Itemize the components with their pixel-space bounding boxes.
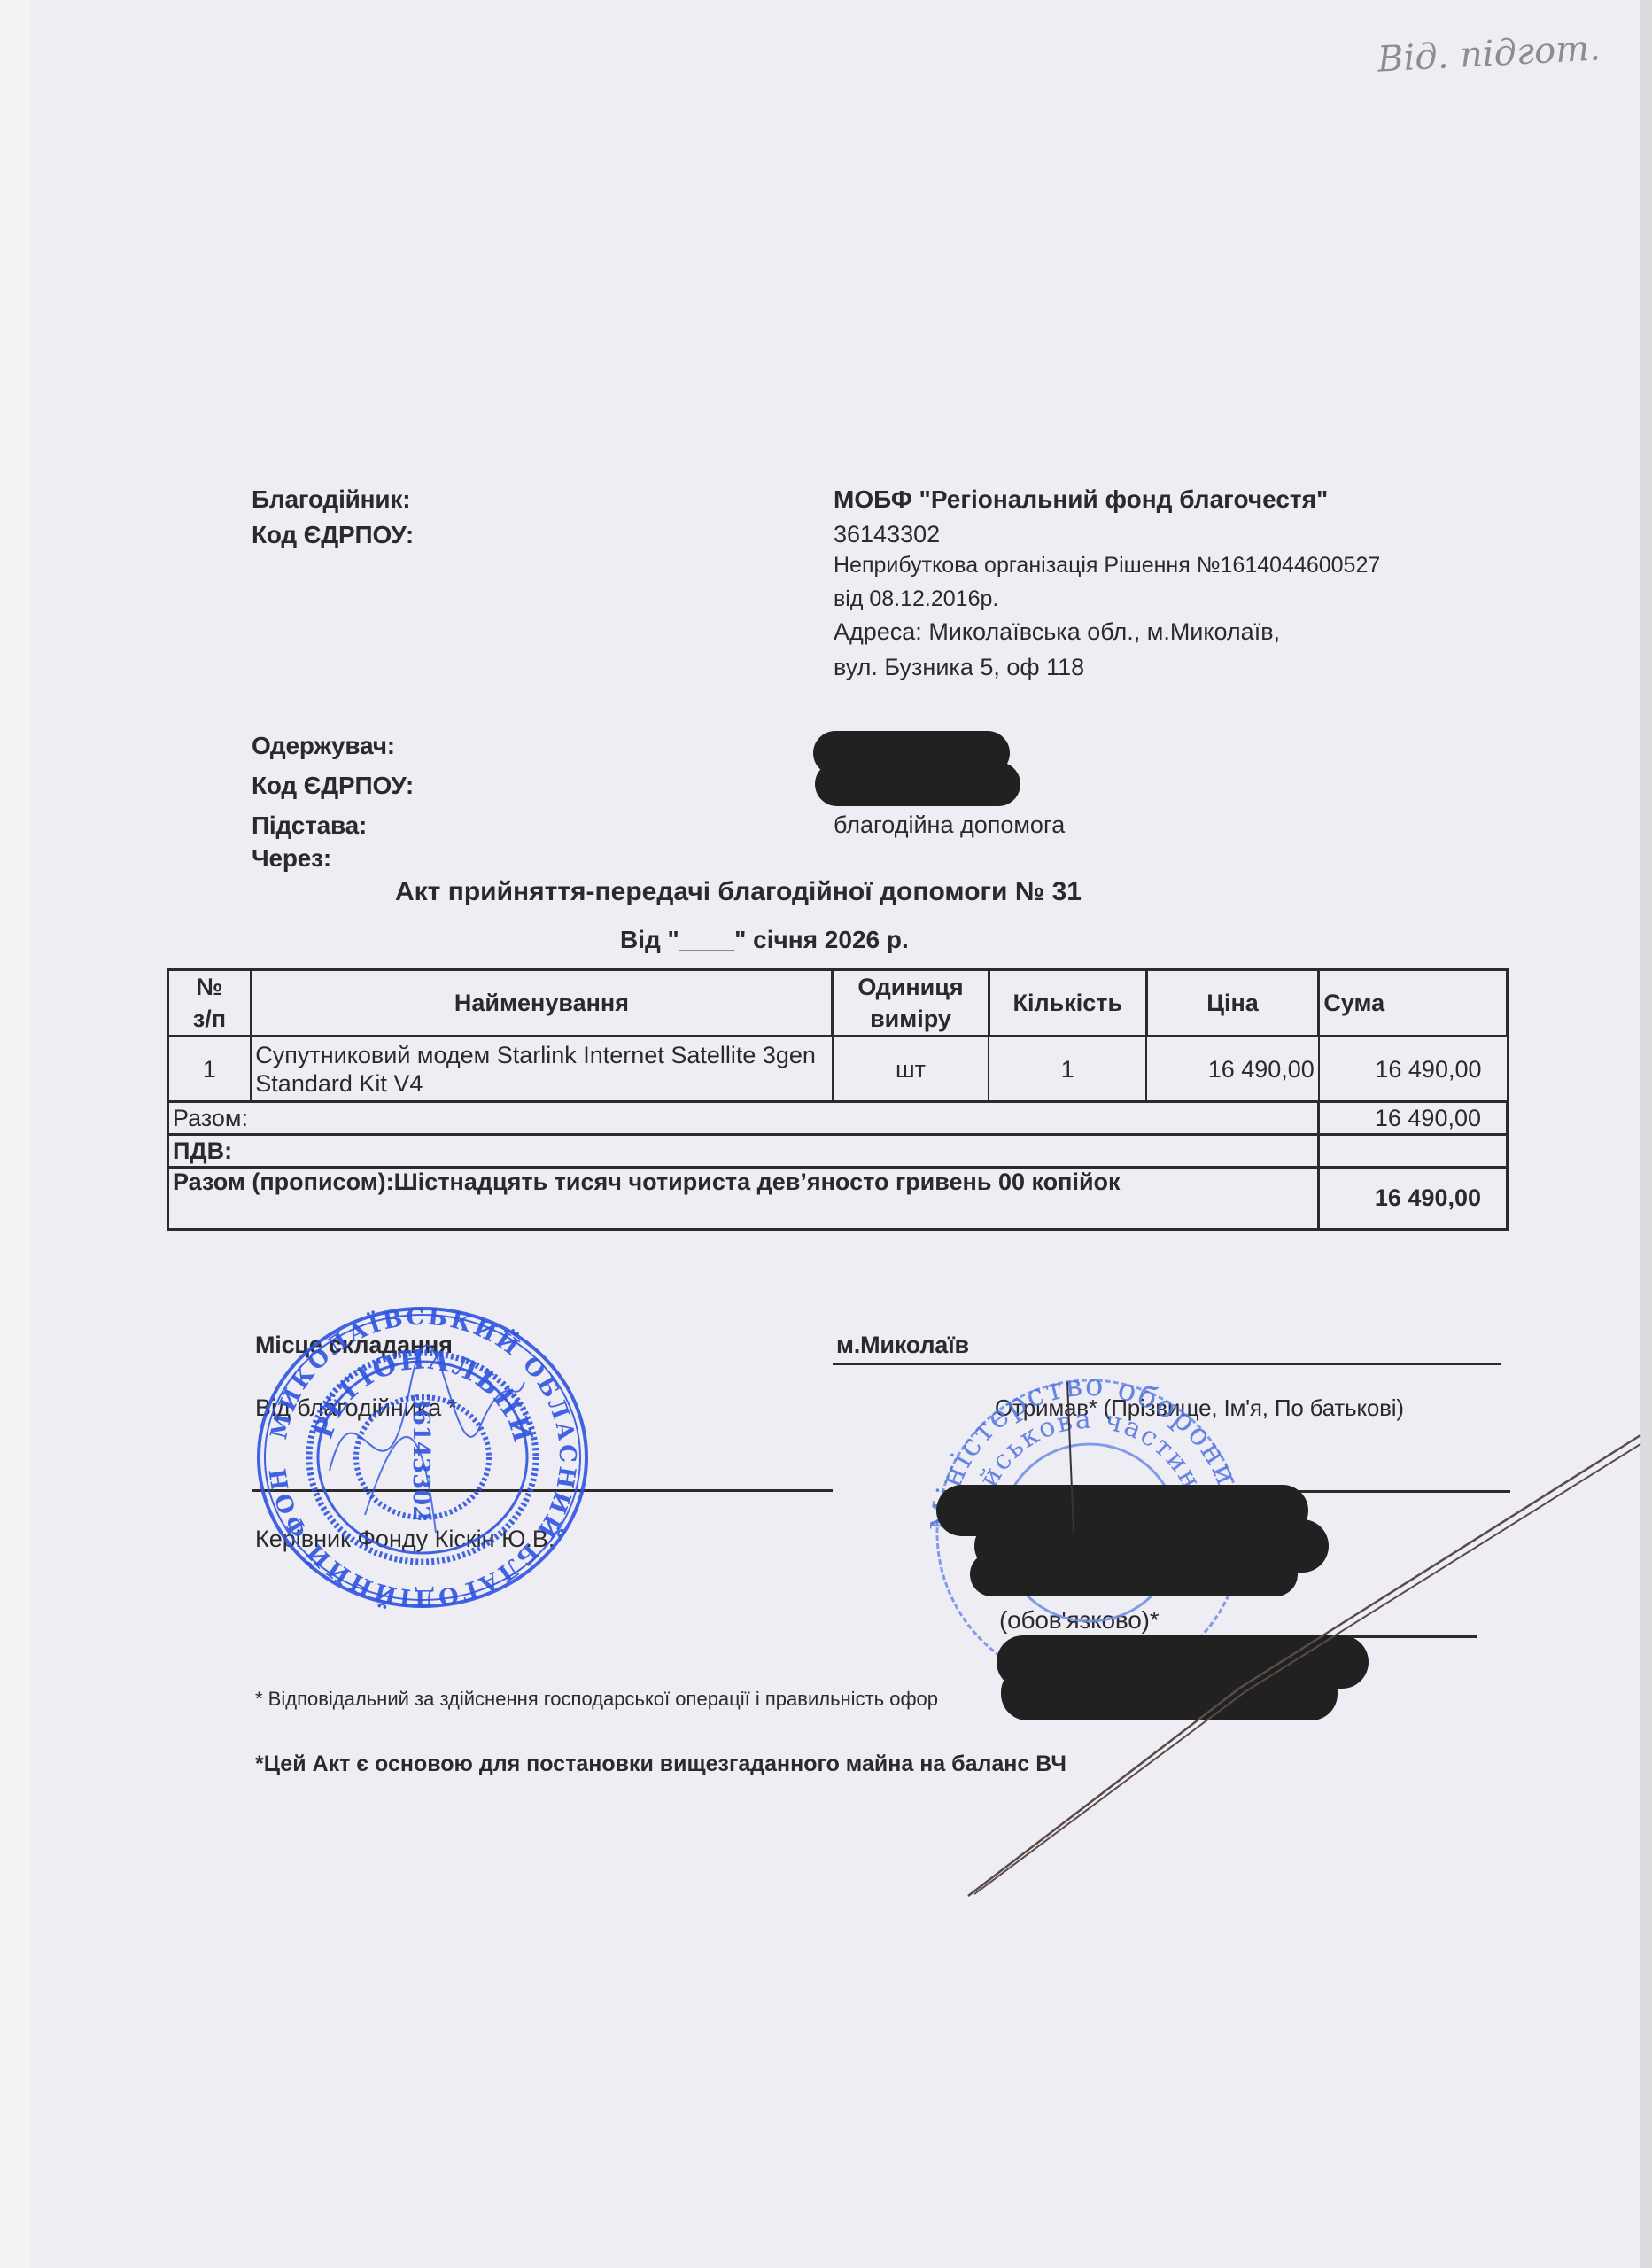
signature-strokes bbox=[0, 0, 1652, 2268]
footnote-responsible: * Відповідальний за здійснення господарс… bbox=[255, 1688, 938, 1711]
footnote-basis: *Цей Акт є основою для постановки вищезг… bbox=[255, 1751, 1066, 1777]
